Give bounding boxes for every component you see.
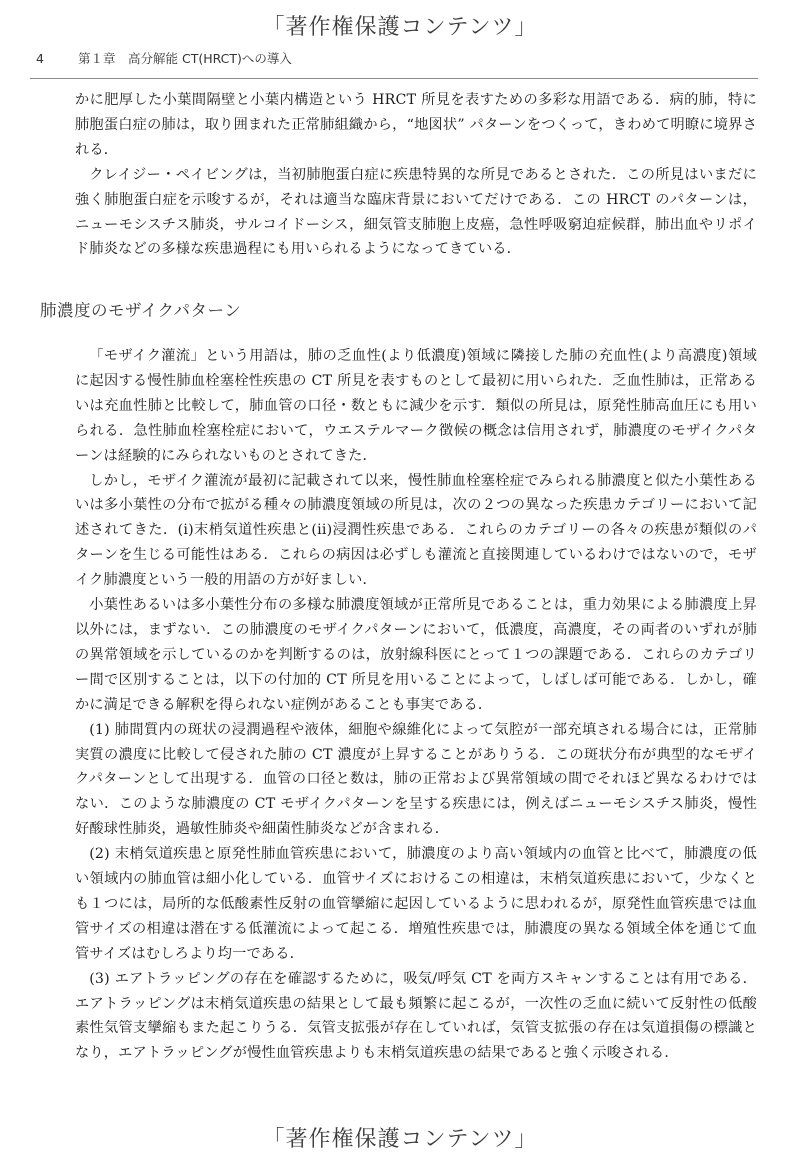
- header-rule: [30, 78, 758, 79]
- chapter-title: 第１章 高分解能 CT(HRCT)への導入: [78, 51, 292, 66]
- paragraph: かに肥厚した小葉間隔壁と小葉内構造という HRCT 所見を表すための多彩な用語で…: [75, 88, 757, 163]
- intro-text-block: かに肥厚した小葉間隔壁と小葉内構造という HRCT 所見を表すための多彩な用語で…: [75, 88, 757, 262]
- list-item-1: (1) 肺間質内の斑状の浸潤過程や液体，細胞や線維化によって気腔が一部充填される…: [75, 718, 757, 843]
- paragraph: 「モザイク灌流」という用語は，肺の乏血性(より低濃度)領域に隣接した肺の充血性(…: [75, 344, 757, 469]
- page-number: 4: [36, 51, 78, 66]
- running-head: 4第１章 高分解能 CT(HRCT)への導入: [36, 49, 758, 67]
- paragraph: 小葉性あるいは多小葉性分布の多様な肺濃度領域が正常所見であることは，重力効果によ…: [75, 593, 757, 718]
- paragraph: しかし，モザイク灌流が最初に記載されて以来，慢性肺血栓塞栓症でみられる肺濃度と似…: [75, 469, 757, 594]
- copyright-watermark-top: 「著作権保護コンテンツ」: [0, 10, 800, 41]
- copyright-watermark-bottom: 「著作権保護コンテンツ」: [0, 1122, 800, 1153]
- list-item-2: (2) 末梢気道疾患と原発性肺血管疾患において，肺濃度のより高い領域内の血管と比…: [75, 842, 757, 967]
- section-heading: 肺濃度のモザイクパターン: [40, 297, 241, 321]
- section-text-block: 「モザイク灌流」という用語は，肺の乏血性(より低濃度)領域に隣接した肺の充血性(…: [75, 344, 757, 1066]
- list-item-3: (3) エアトラッピングの存在を確認するために，吸気/呼気 CT を両方スキャン…: [75, 967, 757, 1067]
- paragraph: クレイジー・ペイビングは，当初肺胞蛋白症に疾患特異的な所見であるとされた．この所…: [75, 163, 757, 263]
